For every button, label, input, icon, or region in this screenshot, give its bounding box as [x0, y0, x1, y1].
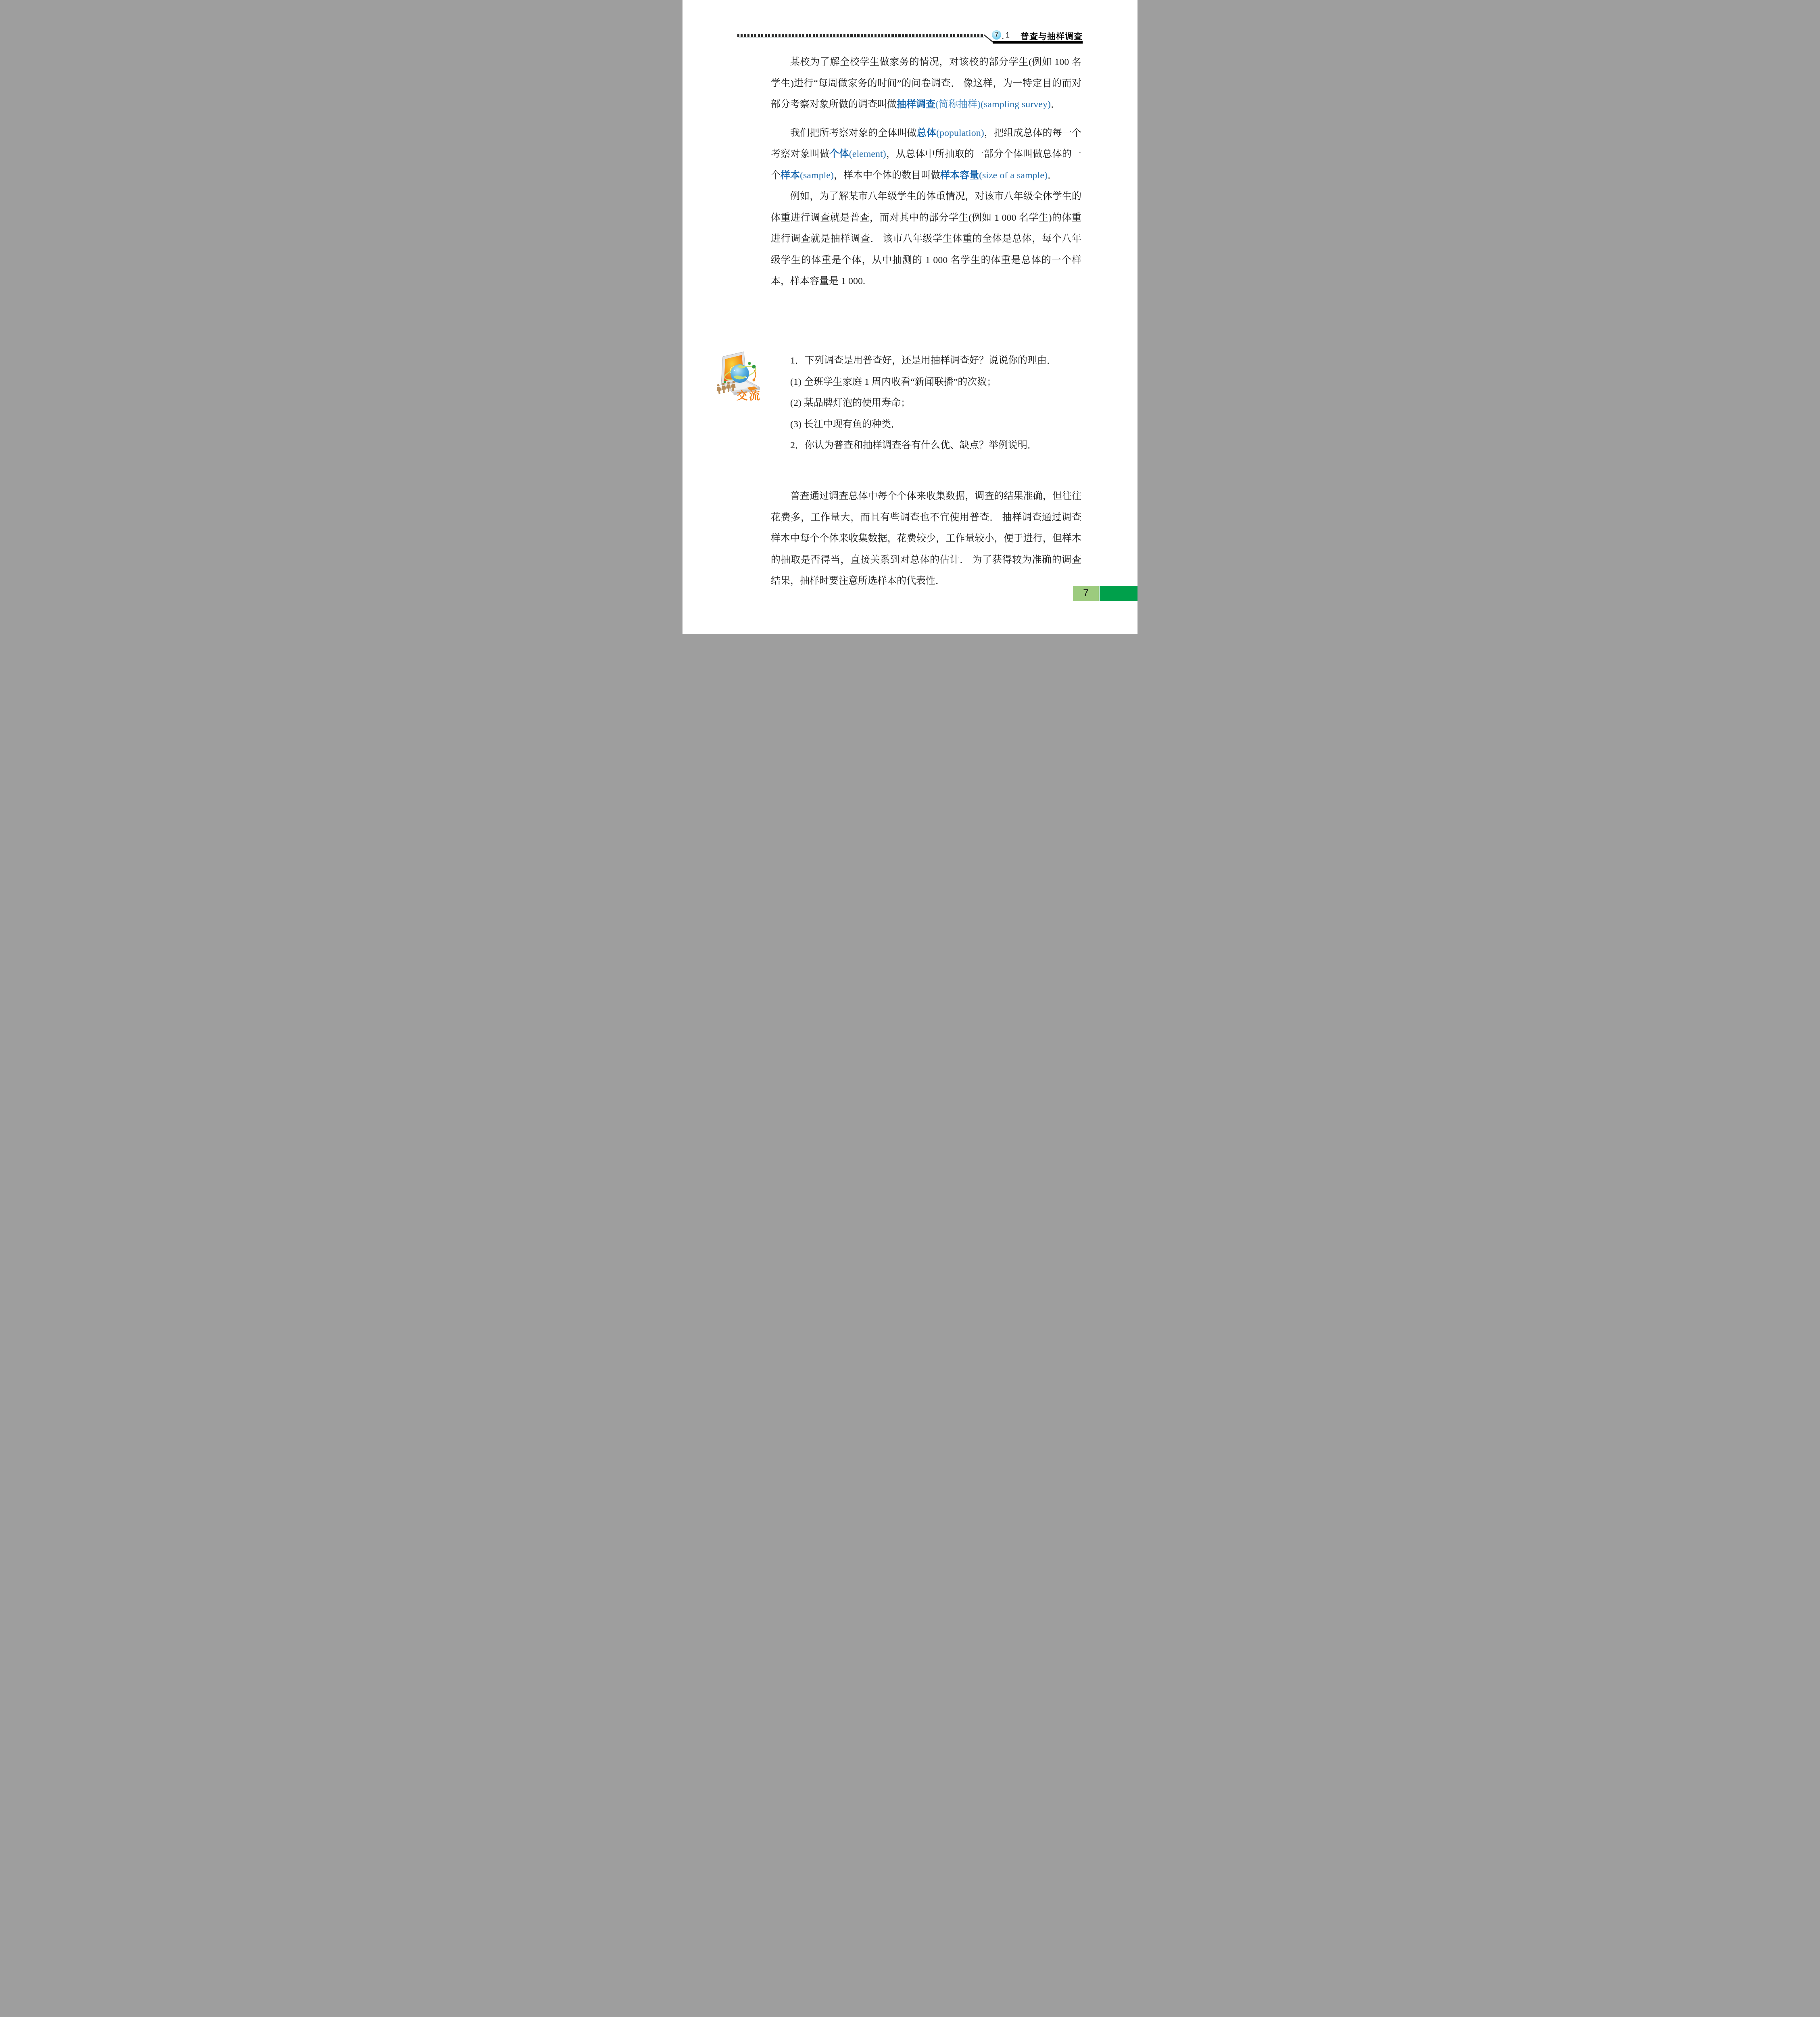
paragraph-summary: 普查通过调查总体中每个个体来收集数据，调查的结果准确，但往往花费多，工作量大，而…	[771, 486, 1081, 592]
section-dot: .	[1002, 34, 1004, 41]
list-item: 2．你认为普查和抽样调查各有什么优、缺点？举例说明．	[790, 435, 1085, 456]
footer-green-bar	[1100, 586, 1137, 601]
page-number-badge: 7	[1073, 586, 1099, 601]
textbook-page: 7 . 1 普查与抽样调查 某校为了解全校学生做家务的情况，对该校的部分学生(例…	[682, 0, 1137, 634]
list-item: (1) 全班学生家庭 1 周内收看“新闻联播”的次数；	[790, 372, 1085, 393]
page-title: 普查与抽样调查	[1021, 30, 1083, 42]
exchange-icon-label: 交流	[737, 389, 762, 402]
header-dashed-line	[737, 34, 984, 37]
paragraph-definitions: 我们把所考察对象的全体叫做总体(population)，把组成总体的每一个考察对…	[771, 123, 1081, 186]
paragraph-sampling-survey: 某校为了解全校学生做家务的情况，对该校的部分学生(例如 100 名学生)进行“每…	[771, 52, 1081, 115]
section-minor-number: 1	[1006, 31, 1010, 40]
exchange-laptop-globe-icon: e	[715, 350, 763, 402]
list-item: (3) 长江中现有鱼的种类．	[790, 414, 1085, 435]
body-text: 某校为了解全校学生做家务的情况，对该校的部分学生(例如 100 名学生)进行“每…	[771, 52, 1081, 292]
discussion-list: 1．下列调查是用普查好，还是用抽样调查好？说说你的理由． (1) 全班学生家庭 …	[790, 350, 1085, 456]
page-number: 7	[1083, 589, 1088, 598]
header-dashed-line-shadow	[739, 37, 984, 38]
section-number: 7	[994, 31, 999, 39]
section-number-circle: 7	[992, 30, 1001, 40]
summary-text: 普查通过调查总体中每个个体来收集数据，调查的结果准确，但往往花费多，工作量大，而…	[771, 486, 1081, 592]
list-item: (2) 某品牌灯泡的使用寿命；	[790, 393, 1085, 414]
list-item: 1．下列调查是用普查好，还是用抽样调查好？说说你的理由．	[790, 350, 1085, 372]
header-underline-bar	[993, 41, 1083, 44]
paragraph-example: 例如，为了解某市八年级学生的体重情况，对该市八年级全体学生的体重进行调查就是普查…	[771, 186, 1081, 292]
